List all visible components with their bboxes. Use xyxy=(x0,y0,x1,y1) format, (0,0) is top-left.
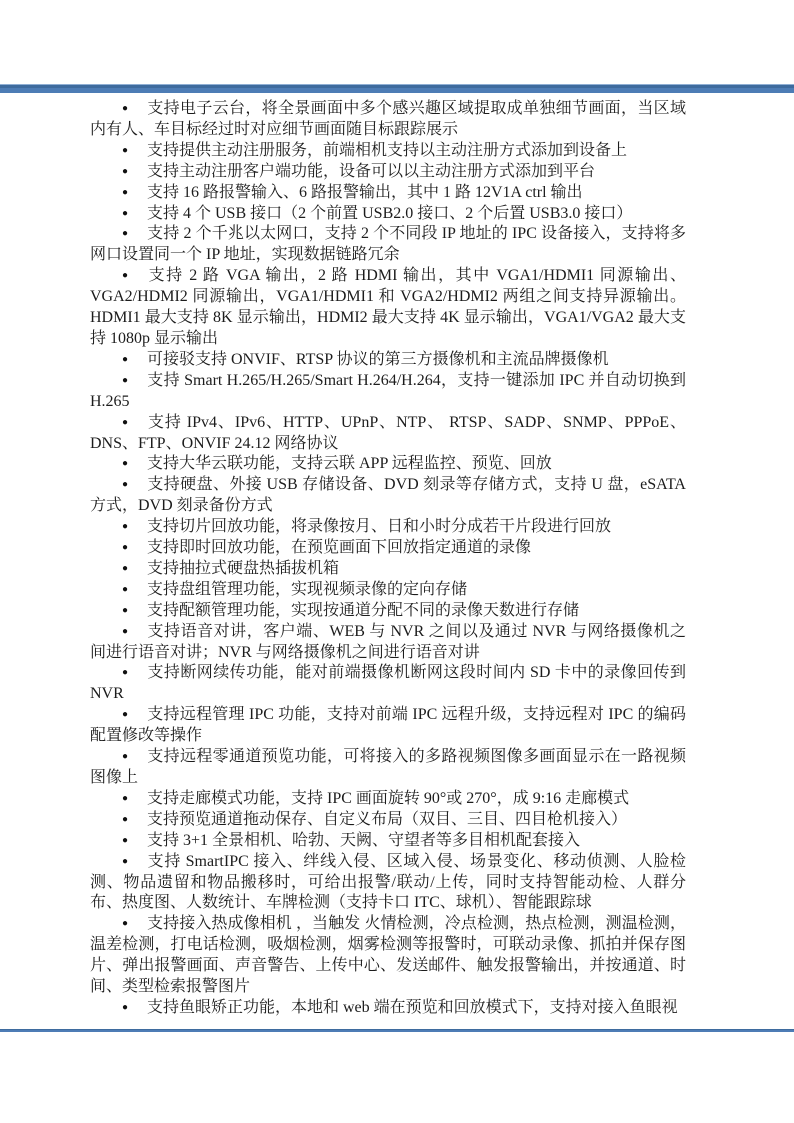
spec-bullet-item: ●支持鱼眼矫正功能，本地和 web 端在预览和回放模式下，支持对接入鱼眼视 xyxy=(90,998,686,1019)
spec-item-text: 支持切片回放功能，将录像按月、日和小时分成若干片段进行回放 xyxy=(147,518,611,535)
bullet-icon: ● xyxy=(122,705,147,726)
bullet-icon: ● xyxy=(122,183,147,204)
spec-bullet-item: ●支持远程零通道预览功能，可将接入的多路视频图像多画面显示在一路视频图像上 xyxy=(90,747,686,789)
spec-item-text: 支持接入热成像相机 ，当触发 火情检测，冷点检测，热点检测，测温检测，温差检测，… xyxy=(90,915,686,995)
bullet-icon: ● xyxy=(122,141,147,162)
bullet-icon: ● xyxy=(122,350,147,371)
spec-bullet-item: ●支持 SmartIPC 接入、绊线入侵、区域入侵、场景变化、移动侦测、人脸检测… xyxy=(90,852,686,915)
spec-item-text: 支持电子云台，将全景画面中多个感兴趣区域提取成单独细节画面，当区域内有人、车目标… xyxy=(90,100,686,138)
bullet-icon: ● xyxy=(122,162,147,183)
spec-item-text: 支持 16 路报警输入、6 路报警输出，其中 1 路 12V1A ctrl 输出 xyxy=(147,184,583,201)
spec-bullet-item: ●支持 Smart H.265/H.265/Smart H.264/H.264，… xyxy=(90,371,686,413)
bullet-icon: ● xyxy=(122,266,147,287)
spec-bullet-item: ●支持远程管理 IPC 功能，支持对前端 IPC 远程升级，支持远程对 IPC … xyxy=(90,705,686,747)
bullet-icon: ● xyxy=(122,371,147,392)
spec-bullet-item: ●支持接入热成像相机 ，当触发 火情检测，冷点检测，热点检测，测温检测，温差检测… xyxy=(90,914,686,998)
bullet-icon: ● xyxy=(122,914,147,935)
spec-bullet-item: ●支持 16 路报警输入、6 路报警输出，其中 1 路 12V1A ctrl 输… xyxy=(90,183,686,204)
bullet-icon: ● xyxy=(122,99,147,120)
spec-bullet-item: ●支持电子云台，将全景画面中多个感兴趣区域提取成单独细节画面，当区域内有人、车目… xyxy=(90,99,686,141)
spec-item-text: 支持 2 路 VGA 输出，2 路 HDMI 输出，其中 VGA1/HDMI1 … xyxy=(90,267,686,347)
spec-item-text: 支持语音对讲，客户端、WEB 与 NVR 之间以及通过 NVR 与网络摄像机之间… xyxy=(90,623,686,661)
spec-bullet-item: ●支持即时回放功能，在预览画面下回放指定通道的录像 xyxy=(90,538,686,559)
spec-bullet-item: ●支持抽拉式硬盘热插拔机箱 xyxy=(90,559,686,580)
spec-item-text: 支持鱼眼矫正功能，本地和 web 端在预览和回放模式下，支持对接入鱼眼视 xyxy=(147,999,678,1016)
spec-item-text: 支持 SmartIPC 接入、绊线入侵、区域入侵、场景变化、移动侦测、人脸检测、… xyxy=(90,853,686,912)
spec-bullet-item: ●支持预览通道拖动保存、自定义布局（双目、三目、四目枪机接入） xyxy=(90,810,686,831)
spec-item-text: 支持 2 个千兆以太网口，支持 2 个不同段 IP 地址的 IPC 设备接入，支… xyxy=(90,225,686,263)
spec-item-text: 支持配额管理功能，实现按通道分配不同的录像天数进行存储 xyxy=(147,602,579,619)
spec-bullet-item: ●支持断网续传功能，能对前端摄像机断网这段时间内 SD 卡中的录像回传到 NVR xyxy=(90,663,686,705)
spec-bullet-item: ●支持 2 路 VGA 输出，2 路 HDMI 输出，其中 VGA1/HDMI1… xyxy=(90,266,686,350)
bullet-icon: ● xyxy=(122,224,147,245)
bullet-icon: ● xyxy=(122,204,147,225)
spec-bullet-item: ●支持配额管理功能，实现按通道分配不同的录像天数进行存储 xyxy=(90,601,686,622)
spec-bullet-list: ●支持电子云台，将全景画面中多个感兴趣区域提取成单独细节画面，当区域内有人、车目… xyxy=(90,99,686,1029)
bullet-icon: ● xyxy=(122,475,147,496)
page-bottom-border-rule xyxy=(0,1029,794,1032)
bullet-icon: ● xyxy=(122,622,147,643)
spec-item-text: 支持提供主动注册服务，前端相机支持以主动注册方式添加到设备上 xyxy=(147,142,627,159)
spec-bullet-item: ●支持 IPv4、IPv6、HTTP、UPnP、NTP、 RTSP、SADP、S… xyxy=(90,413,686,455)
spec-item-text: 支持硬盘、外接 USB 存储设备、DVD 刻录等存储方式，支持 U 盘，eSAT… xyxy=(90,476,686,514)
spec-bullet-item: ●支持盘组管理功能，实现视频录像的定向存储 xyxy=(90,580,686,601)
bullet-icon: ● xyxy=(122,789,147,810)
bullet-icon: ● xyxy=(122,831,147,852)
spec-bullet-item: ●支持硬盘、外接 USB 存储设备、DVD 刻录等存储方式，支持 U 盘，eSA… xyxy=(90,475,686,517)
spec-item-text: 支持 4 个 USB 接口（2 个前置 USB2.0 接口、2 个后置 USB3… xyxy=(147,205,632,222)
spec-bullet-item: ●支持语音对讲，客户端、WEB 与 NVR 之间以及通过 NVR 与网络摄像机之… xyxy=(90,622,686,664)
page-top-border-rule xyxy=(0,84,794,93)
spec-bullet-item: ●支持切片回放功能，将录像按月、日和小时分成若干片段进行回放 xyxy=(90,517,686,538)
spec-bullet-item: ●支持提供主动注册服务，前端相机支持以主动注册方式添加到设备上 xyxy=(90,141,686,162)
spec-item-text: 可接驳支持 ONVIF、RTSP 协议的第三方摄像机和主流品牌摄像机 xyxy=(147,351,609,368)
spec-item-text: 支持即时回放功能，在预览画面下回放指定通道的录像 xyxy=(147,539,531,556)
bullet-icon: ● xyxy=(122,413,147,434)
spec-bullet-item: ●支持大华云联功能，支持云联 APP 远程监控、预览、回放 xyxy=(90,454,686,475)
bullet-icon: ● xyxy=(122,559,147,580)
spec-bullet-item: ●支持 4 个 USB 接口（2 个前置 USB2.0 接口、2 个后置 USB… xyxy=(90,204,686,225)
spec-item-text: 支持大华云联功能，支持云联 APP 远程监控、预览、回放 xyxy=(147,455,552,472)
bullet-icon: ● xyxy=(122,601,147,622)
spec-bullet-item: ●支持主动注册客户端功能，设备可以以主动注册方式添加到平台 xyxy=(90,162,686,183)
spec-item-text: 支持 Smart H.265/H.265/Smart H.264/H.264，支… xyxy=(90,372,686,410)
bullet-icon: ● xyxy=(122,747,147,768)
bullet-icon: ● xyxy=(122,538,147,559)
spec-item-text: 支持断网续传功能，能对前端摄像机断网这段时间内 SD 卡中的录像回传到 NVR xyxy=(90,664,686,702)
bullet-icon: ● xyxy=(122,580,147,601)
spec-item-text: 支持走廊模式功能，支持 IPC 画面旋转 90°或 270°，成 9:16 走廊… xyxy=(147,790,629,807)
spec-item-text: 支持远程管理 IPC 功能，支持对前端 IPC 远程升级，支持远程对 IPC 的… xyxy=(90,706,686,744)
bullet-icon: ● xyxy=(122,810,147,831)
bullet-icon: ● xyxy=(122,852,147,873)
spec-item-text: 支持盘组管理功能，实现视频录像的定向存储 xyxy=(147,581,467,598)
document-page: { "page": { "background": "#ffffff", "ru… xyxy=(0,0,794,1123)
bullet-icon: ● xyxy=(122,663,147,684)
bullet-icon: ● xyxy=(122,517,147,538)
spec-item-text: 支持 3+1 全景相机、哈勃、天阙、守望者等多目相机配套接入 xyxy=(147,832,580,849)
spec-bullet-item: ●可接驳支持 ONVIF、RTSP 协议的第三方摄像机和主流品牌摄像机 xyxy=(90,350,686,371)
spec-item-text: 支持远程零通道预览功能，可将接入的多路视频图像多画面显示在一路视频图像上 xyxy=(90,748,686,786)
spec-item-text: 支持主动注册客户端功能，设备可以以主动注册方式添加到平台 xyxy=(147,163,595,180)
bullet-icon: ● xyxy=(122,998,147,1019)
spec-item-text: 支持预览通道拖动保存、自定义布局（双目、三目、四目枪机接入） xyxy=(147,811,627,828)
spec-item-text: 支持 IPv4、IPv6、HTTP、UPnP、NTP、 RTSP、SADP、SN… xyxy=(90,414,686,452)
spec-bullet-item: ●支持 3+1 全景相机、哈勃、天阙、守望者等多目相机配套接入 xyxy=(90,831,686,852)
spec-bullet-item: ●支持走廊模式功能，支持 IPC 画面旋转 90°或 270°，成 9:16 走… xyxy=(90,789,686,810)
bullet-icon: ● xyxy=(122,454,147,475)
spec-bullet-item: ●支持 2 个千兆以太网口，支持 2 个不同段 IP 地址的 IPC 设备接入，… xyxy=(90,224,686,266)
spec-item-text: 支持抽拉式硬盘热插拔机箱 xyxy=(147,560,339,577)
